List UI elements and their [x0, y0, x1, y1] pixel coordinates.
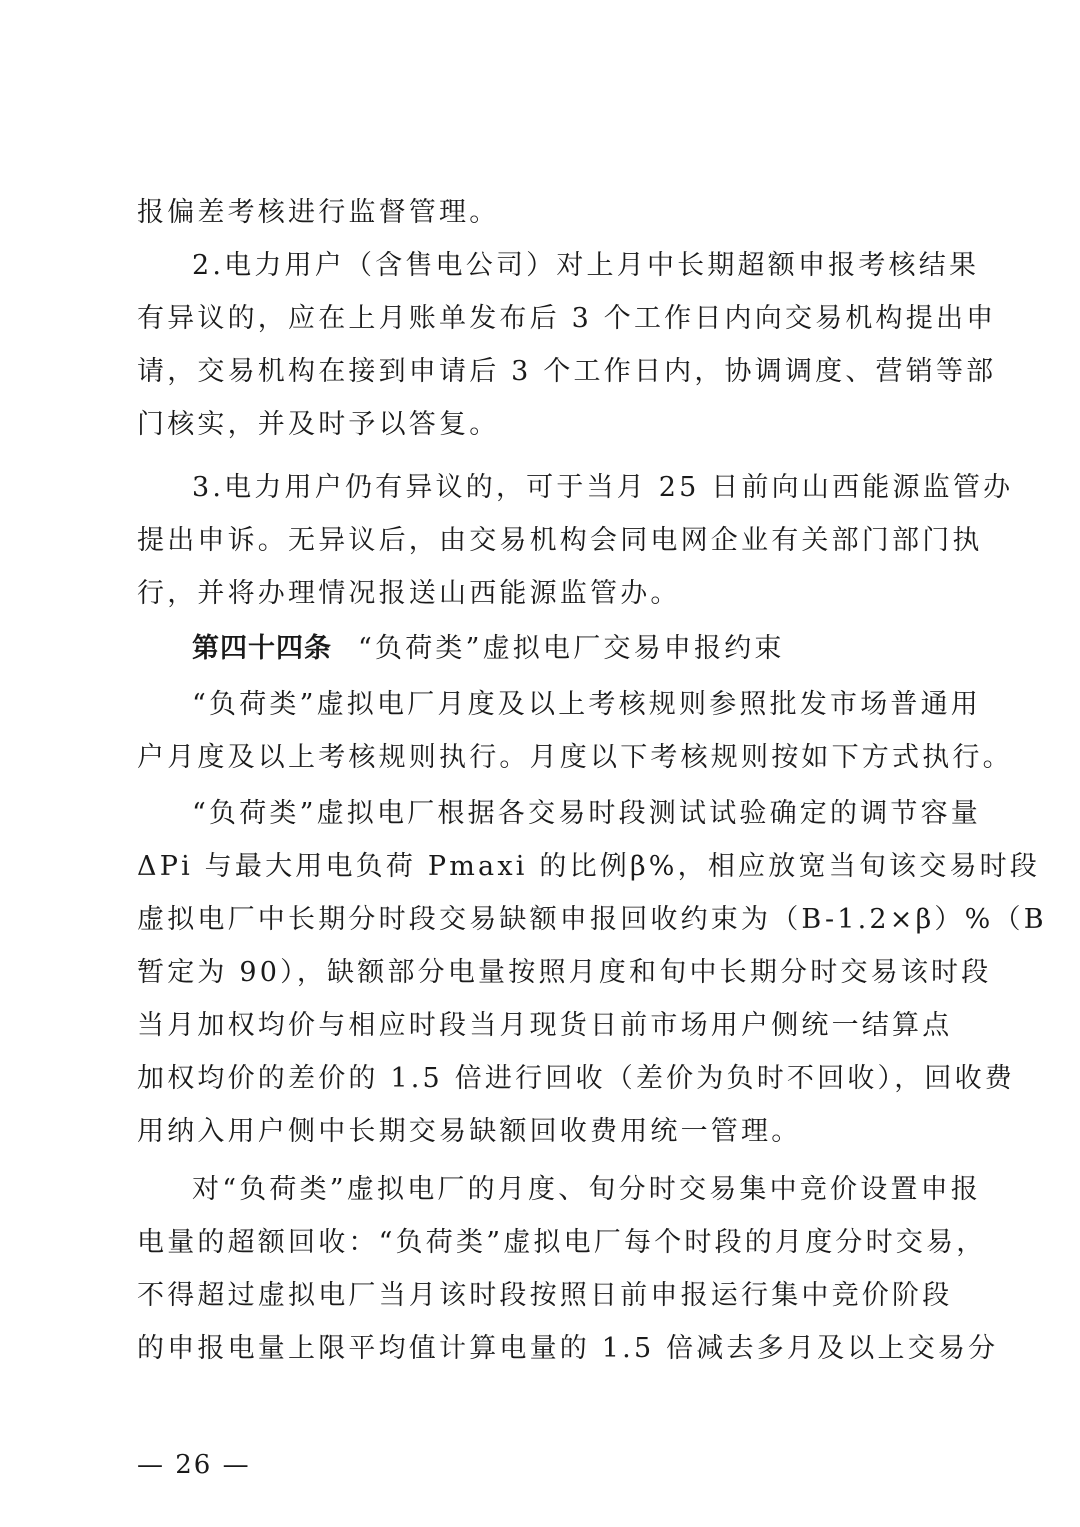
paragraph-line: 2.电力用户（含售电公司）对上月中长期超额申报考核结果	[192, 248, 945, 284]
paragraph-line: 提出申诉。无异议后，由交易机构会同电网企业有关部门部门执	[137, 523, 945, 559]
paragraph-line: 电量的超额回收：“负荷类”虚拟电厂每个时段的月度分时交易，	[137, 1225, 945, 1261]
paragraph-line: 当月加权均价与相应时段当月现货日前市场用户侧统一结算点	[137, 1008, 945, 1044]
paragraph-line: 报偏差考核进行监督管理。	[137, 195, 945, 231]
page-number: — 26 —	[137, 1447, 251, 1483]
document-page: 报偏差考核进行监督管理。 2.电力用户（含售电公司）对上月中长期超额申报考核结果…	[0, 0, 1080, 1527]
paragraph-line: “负荷类”虚拟电厂根据各交易时段测试试验确定的调节容量	[192, 796, 945, 832]
paragraph-line: ΔPi 与最大用电负荷 Pmaxi 的比例β%，相应放宽当旬该交易时段	[137, 849, 945, 885]
paragraph-line: 门核实，并及时予以答复。	[137, 407, 945, 443]
paragraph-line: “负荷类”虚拟电厂月度及以上考核规则参照批发市场普通用	[192, 687, 945, 723]
paragraph-line: 对“负荷类”虚拟电厂的月度、旬分时交易集中竞价设置申报	[192, 1172, 945, 1208]
paragraph-line: 3.电力用户仍有异议的，可于当月 25 日前向山西能源监管办	[192, 470, 945, 506]
paragraph-line: 行，并将办理情况报送山西能源监管办。	[137, 576, 945, 612]
paragraph-line: 暂定为 90），缺额部分电量按照月度和旬中长期分时交易该时段	[137, 955, 945, 991]
paragraph-line: 的申报电量上限平均值计算电量的 1.5 倍减去多月及以上交易分	[137, 1331, 945, 1367]
paragraph-line: 用纳入用户侧中长期交易缺额回收费用统一管理。	[137, 1114, 945, 1150]
paragraph-line: 不得超过虚拟电厂当月该时段按照日前申报运行集中竞价阶段	[137, 1278, 945, 1314]
paragraph-line: 有异议的，应在上月账单发布后 3 个工作日内向交易机构提出申	[137, 301, 945, 337]
paragraph-line: 户月度及以上考核规则执行。月度以下考核规则按如下方式执行。	[137, 740, 945, 776]
paragraph-line: 虚拟电厂中长期分时段交易缺额申报回收约束为（B-1.2×β）%（B	[137, 902, 945, 938]
article-heading: 第四十四条“负荷类”虚拟电厂交易申报约束	[192, 631, 945, 667]
article-title: “负荷类”虚拟电厂交易申报约束	[358, 633, 785, 664]
paragraph-line: 加权均价的差价的 1.5 倍进行回收（差价为负时不回收），回收费	[137, 1061, 945, 1097]
paragraph-line: 请，交易机构在接到申请后 3 个工作日内，协调调度、营销等部	[137, 354, 945, 390]
article-number: 第四十四条	[192, 633, 332, 664]
